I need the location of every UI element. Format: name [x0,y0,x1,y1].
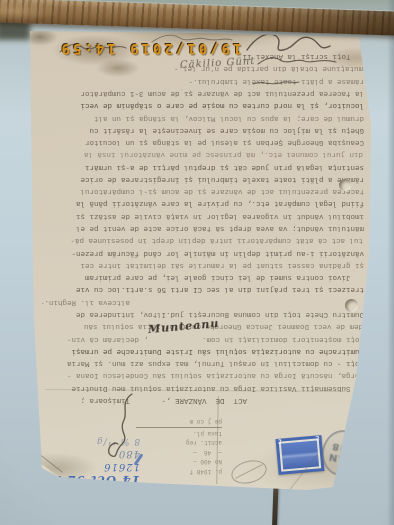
punch-hole [345,299,358,312]
pencil-ellipse-doodle [229,457,269,488]
typed-line: toți moștenitori domiciliați în com. , d… [42,332,364,344]
typed-line: Iorga, născută Iorga cu autorizația soțu… [42,369,364,381]
typed-line: Subsemnații Vasilica Iorga cu autorizați… [42,381,364,393]
reference-block: p. 1948 fNo 400 —— 46 —achit. regtaxa pl… [136,402,222,476]
typed-line: altceva il. Reghin.- [42,295,364,307]
reference-line: pe j co m [136,417,222,429]
typed-line: treizeci și trei prăjini din al sec CI a… [42,283,364,295]
punch-hole [339,179,351,191]
typed-line: sentința legală prin jude cât și dreptul… [42,160,364,172]
handwritten-note-line: 480 [34,447,140,460]
camera-timestamp: 19/01/2019 14:59 [52,37,248,59]
typed-line: și grădina cassei situat pe la ramurile … [42,259,364,271]
stamp-value-digit: 2 [278,439,283,446]
reference-line: No 400 — [136,457,222,467]
typed-line: tul act că atât cumpărătorii intră depli… [42,234,363,246]
typed-line: facerea prezentului act de vânzare și de… [42,185,364,197]
typed-line: rămâne a plăti toate taxele timbrului și… [42,173,364,185]
typed-line: locuitor, și la nord curtea cu moșie pe … [42,99,364,111]
typed-line: rămase a plăti toate taxele timbrului.- [42,74,364,86]
typed-line: Ceaușiba Gheorghe Șerban și alesul pe la… [42,136,364,148]
typed-line: fiind legal cumpărat etc., cu privire la… [42,197,364,209]
typed-line: imobilul vândut în vigoarea legilor în v… [42,210,364,222]
typed-line: din jurul comunei etc., mă prinsesc pe m… [42,148,363,160]
typed-line: drumul de care; la apus cu locul Milcov,… [42,111,364,123]
reference-line: taxa pl. [136,429,222,439]
photo: ACT DE VÂNZARE ,- Timișoara ; Subsemnați… [0,0,394,525]
stamp-value-digit: 2 [315,435,320,442]
handwritten-note-line: 8 % ¹¹/g [34,434,140,447]
photo-edge-shading [387,0,394,525]
typed-line: la facerea prezentului act de vânzare și… [42,87,364,99]
typed-line: vânzătorii i-au primit deplin în mâinile… [42,246,364,258]
reference-line: achit. reg [136,438,222,448]
reference-line: — 46 — [136,448,222,458]
typed-line: Ghețu și la mijloc cu moșia care se înve… [42,124,364,136]
stamp-vignette [281,440,319,469]
typed-line: Jivoi contra sumei de lei cinci goale le… [42,271,364,283]
signature-flourish [247,34,330,50]
typed-line: mântului vândut; va avea drept să facă o… [42,222,364,234]
typed-text-block: ACT DE VÂNZARE ,- Timișoara ; Subsemnați… [42,50,364,406]
typed-line: toți - cu domiciliul în orașul Turnul, m… [42,357,364,369]
document-paper: ACT DE VÂNZARE ,- Timișoara ; Subsemnați… [0,0,394,525]
reference-line: p. 1948 f [136,467,222,477]
typed-line: Dumitrache cu autorizația soțului său Ir… [42,345,364,357]
